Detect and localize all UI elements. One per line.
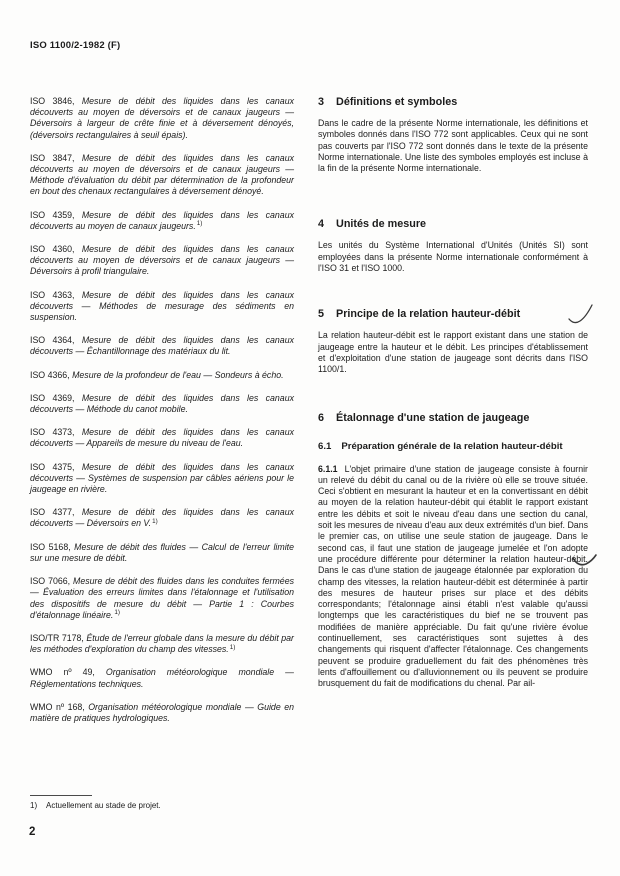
reference-id: ISO 4366, [30, 370, 70, 380]
reference-id: ISO 4359, [30, 210, 75, 220]
section-heading-6-1: 6.1Préparation générale de la relation h… [318, 441, 588, 453]
section-number: 3 [318, 96, 324, 109]
reference-title: Mesure de débit des fluides dans les con… [30, 576, 294, 620]
section-4-paragraph: Les unités du Système International d'Un… [318, 240, 588, 274]
reference-entry: ISO 7066, Mesure de débit des fluides da… [30, 576, 294, 622]
paragraph-number: 6.1.1 [318, 464, 338, 474]
pen-mark-icon [566, 300, 596, 330]
section-title: Principe de la relation hauteur-débit [336, 308, 520, 320]
footnote-text: Actuellement au stade de projet. [46, 801, 161, 810]
section-heading-6: 6Étalonnage d'une station de jaugeage [318, 412, 588, 425]
reference-id: ISO 7066, [30, 576, 70, 586]
footnote-superscript: 1) [230, 644, 236, 651]
reference-id: ISO 4373, [30, 427, 75, 437]
document-page: ISO 1100/2-1982 (F) ISO 3846, Mesure de … [0, 0, 620, 876]
paragraph-text: L'objet primaire d'une station de jaugea… [318, 464, 588, 689]
reference-id: WMO nº 49, [30, 667, 95, 677]
reference-id: ISO 4360, [30, 244, 75, 254]
reference-entry: ISO 4359, Mesure de débit des liquides d… [30, 210, 294, 233]
footnote: 1)Actuellement au stade de projet. [30, 801, 161, 811]
reference-entry: ISO 3847, Mesure de débit des liquides d… [30, 153, 294, 199]
reference-title: Mesure de la profondeur de l'eau — Sonde… [72, 370, 283, 380]
reference-id: ISO 4369, [30, 393, 75, 403]
reference-id: ISO 3846, [30, 96, 75, 106]
section-number: 5 [318, 308, 324, 321]
sections-column: 3Définitions et symboles Dans le cadre d… [318, 96, 588, 736]
section-number: 6.1 [318, 441, 331, 453]
references-column: ISO 3846, Mesure de débit des liquides d… [30, 96, 294, 736]
reference-id: ISO/TR 7178, [30, 633, 84, 643]
reference-id: ISO 4363, [30, 290, 75, 300]
section-title: Unités de mesure [336, 218, 426, 230]
reference-entry: WMO nº 168, Organisation météorologique … [30, 702, 294, 725]
footnote-superscript: 1) [114, 609, 120, 616]
section-number: 4 [318, 218, 324, 231]
reference-entry: ISO 4364, Mesure de débit des liquides d… [30, 335, 294, 358]
reference-id: ISO 4364, [30, 335, 75, 345]
footnote-separator-rule [30, 795, 92, 796]
footnote-superscript: 1) [152, 518, 158, 525]
section-6-1-1-paragraph: 6.1.1L'objet primaire d'une station de j… [318, 464, 588, 690]
reference-entry: ISO 4375, Mesure de débit des liquides d… [30, 462, 294, 497]
reference-entry: ISO 4369, Mesure de débit des liquides d… [30, 393, 294, 416]
reference-entry: ISO 4366, Mesure de la profondeur de l'e… [30, 370, 294, 382]
section-5-paragraph: La relation hauteur-débit est le rapport… [318, 330, 588, 375]
footnote-marker: 1) [30, 801, 46, 811]
section-title: Définitions et symboles [336, 96, 457, 108]
pen-mark-icon [569, 544, 601, 574]
reference-entry: WMO nº 49, Organisation météorologique m… [30, 667, 294, 690]
reference-id: WMO nº 168, [30, 702, 85, 712]
section-title: Préparation générale de la relation haut… [341, 441, 562, 452]
section-heading-5: 5Principe de la relation hauteur-débit [318, 308, 588, 321]
section-3-paragraph: Dans le cadre de la présente Norme inter… [318, 118, 588, 174]
reference-entry: ISO 5168, Mesure de débit des fluides — … [30, 542, 294, 565]
reference-id: ISO 4375, [30, 462, 75, 472]
reference-entry: ISO 4363, Mesure de débit des liquides d… [30, 290, 294, 325]
reference-entry: ISO 4360, Mesure de débit des liquides d… [30, 244, 294, 279]
reference-entry: ISO/TR 7178, Étude de l'erreur globale d… [30, 633, 294, 656]
reference-entry: ISO 3846, Mesure de débit des liquides d… [30, 96, 294, 142]
section-heading-3: 3Définitions et symboles [318, 96, 588, 109]
section-heading-4: 4Unités de mesure [318, 218, 588, 231]
reference-entry: ISO 4373, Mesure de débit des liquides d… [30, 427, 294, 450]
page-number: 2 [29, 826, 35, 838]
two-column-layout: ISO 3846, Mesure de débit des liquides d… [30, 96, 588, 736]
footnote-superscript: 1) [197, 220, 203, 227]
reference-id: ISO 4377, [30, 507, 75, 517]
reference-id: ISO 3847, [30, 153, 75, 163]
section-title: Étalonnage d'une station de jaugeage [336, 412, 529, 424]
reference-id: ISO 5168, [30, 542, 71, 552]
document-reference-header: ISO 1100/2-1982 (F) [30, 40, 120, 51]
reference-entry: ISO 4377, Mesure de débit des liquides d… [30, 507, 294, 530]
section-number: 6 [318, 412, 324, 425]
